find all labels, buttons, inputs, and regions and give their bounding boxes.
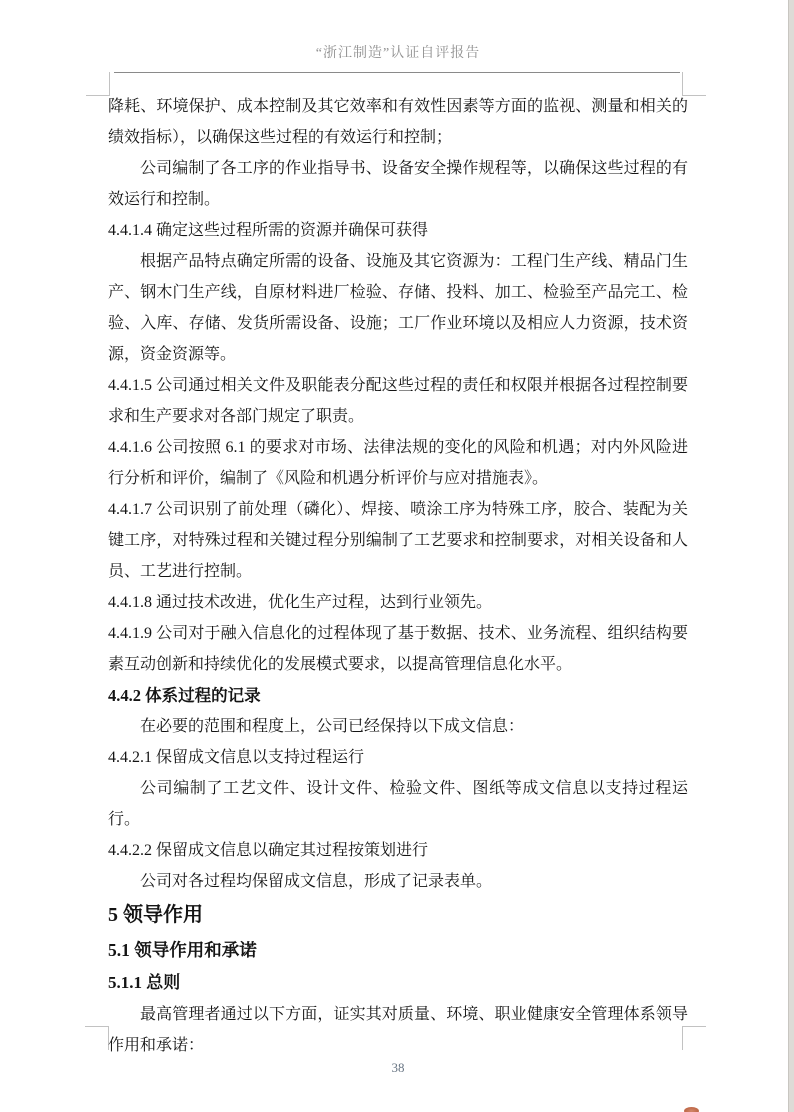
- crop-mark-bottom-left: [85, 1026, 109, 1050]
- paragraph: 公司编制了工艺文件、设计文件、检验文件、图纸等成文信息以支持过程运行。: [108, 773, 688, 835]
- heading-442: 4.4.2 体系过程的记录: [108, 680, 688, 711]
- clause-4421: 4.4.2.1 保留成文信息以支持过程运行: [108, 742, 688, 773]
- clause-4418: 4.4.1.8 通过技术改进，优化生产过程，达到行业领先。: [108, 587, 688, 618]
- paragraph: 公司编制了各工序的作业指导书、设备安全操作规程等，以确保这些过程的有效运行和控制…: [108, 153, 688, 215]
- clause-4422: 4.4.2.2 保留成文信息以确定其过程按策划进行: [108, 835, 688, 866]
- paragraph: 最高管理者通过以下方面，证实其对质量、环境、职业健康安全管理体系领导作用和承诺：: [108, 999, 688, 1061]
- page-number: 38: [108, 1060, 688, 1076]
- red-stamp-fragment: [684, 1107, 699, 1112]
- heading-511: 5.1.1 总则: [108, 966, 688, 999]
- page-right-edge: [788, 0, 794, 1112]
- paragraph: 公司对各过程均保留成文信息，形成了记录表单。: [108, 866, 688, 897]
- header-rule: [114, 72, 680, 73]
- clause-4414: 4.4.1.4 确定这些过程所需的资源并确保可获得: [108, 215, 688, 246]
- heading-51: 5.1 领导作用和承诺: [108, 934, 688, 966]
- clause-4415: 4.4.1.5 公司通过相关文件及职能表分配这些过程的责任和权限并根据各过程控制…: [108, 370, 688, 432]
- document-page: “浙江制造”认证自评报告 降耗、环境保护、成本控制及其它效率和有效性因素等方面的…: [0, 0, 794, 1112]
- page-header-title: “浙江制造”认证自评报告: [108, 42, 688, 62]
- paragraph-continuation: 降耗、环境保护、成本控制及其它效率和有效性因素等方面的监视、测量和相关的绩效指标…: [108, 91, 688, 153]
- clause-4416: 4.4.1.6 公司按照 6.1 的要求对市场、法律法规的变化的风险和机遇；对内…: [108, 432, 688, 494]
- heading-5: 5 领导作用: [108, 897, 688, 934]
- clause-4417: 4.4.1.7 公司识别了前处理（磷化）、焊接、喷涂工序为特殊工序，胶合、装配为…: [108, 494, 688, 587]
- crop-mark-top-left: [86, 72, 110, 96]
- paragraph: 根据产品特点确定所需的设备、设施及其它资源为：工程门生产线、精品门生产、钢木门生…: [108, 246, 688, 370]
- clause-4419: 4.4.1.9 公司对于融入信息化的过程体现了基于数据、技术、业务流程、组织结构…: [108, 618, 688, 680]
- document-body: 降耗、环境保护、成本控制及其它效率和有效性因素等方面的监视、测量和相关的绩效指标…: [108, 91, 688, 1061]
- paragraph: 在必要的范围和程度上，公司已经保持以下成文信息：: [108, 711, 688, 742]
